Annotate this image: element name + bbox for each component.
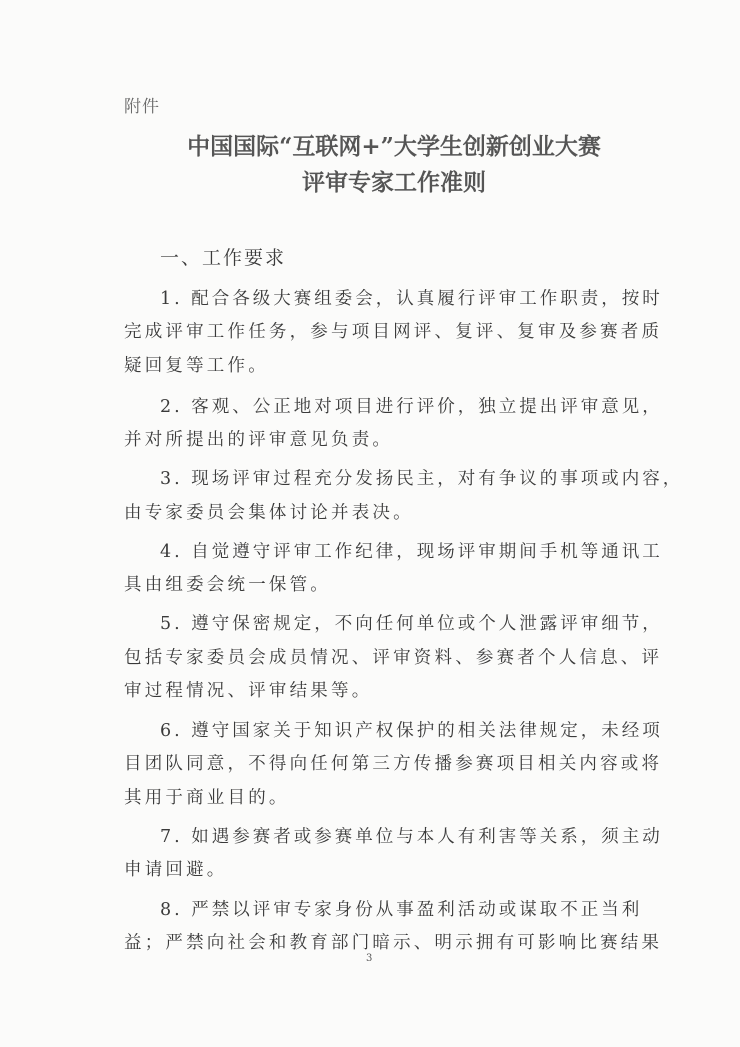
page-number: 3 <box>366 953 372 964</box>
body-line: 7. 如遇参赛者或参赛单位与本人有利害等关系，须主动 <box>160 823 660 848</box>
body-line: 4. 自觉遵守评审工作纪律，现场评审期间手机等通讯工 <box>160 538 660 563</box>
body-line: 5. 遵守保密规定，不向任何单位或个人泄露评审细节， <box>160 610 660 635</box>
body-line: 申请回避。 <box>124 856 624 881</box>
body-line: 疑回复等工作。 <box>124 352 624 377</box>
document-title-line-1: 中国国际“互联网+”大学生创新创业大赛 <box>24 128 740 161</box>
body-line: 并对所提出的评审意见负责。 <box>124 426 624 451</box>
body-line: 8. 严禁以评审专家身份从事盈利活动或谋取不正当利 <box>160 896 660 921</box>
body-line: 其用于商业目的。 <box>124 784 624 809</box>
body-line: 审过程情况、评审结果等。 <box>124 677 624 702</box>
body-line: 6. 遵守国家关于知识产权保护的相关法律规定，未经项 <box>160 717 660 742</box>
document-title-line-2: 评审专家工作准则 <box>24 164 740 197</box>
body-line: 完成评审工作任务，参与项目网评、复评、复审及参赛者质 <box>124 318 624 343</box>
body-line: 1. 配合各级大赛组委会，认真履行评审工作职责，按时 <box>160 285 660 310</box>
document-page: 附件 中国国际“互联网+”大学生创新创业大赛 评审专家工作准则 一、工作要求 1… <box>0 0 740 1047</box>
attachment-label: 附件 <box>124 92 160 117</box>
body-line: 目团队同意，不得向任何第三方传播参赛项目相关内容或将 <box>124 750 624 775</box>
body-line: 包括专家委员会成员情况、评审资料、参赛者个人信息、评 <box>124 644 624 669</box>
body-line: 益；严禁向社会和教育部门暗示、明示拥有可影响比赛结果 <box>124 929 624 954</box>
section-heading: 一、工作要求 <box>160 243 286 270</box>
body-line: 具由组委会统一保管。 <box>124 571 624 596</box>
body-line: 2. 客观、公正地对项目进行评价，独立提出评审意见， <box>160 393 660 418</box>
body-line: 3. 现场评审过程充分发扬民主，对有争议的事项或内容， <box>160 465 660 490</box>
body-line: 由专家委员会集体讨论并表决。 <box>124 499 624 524</box>
